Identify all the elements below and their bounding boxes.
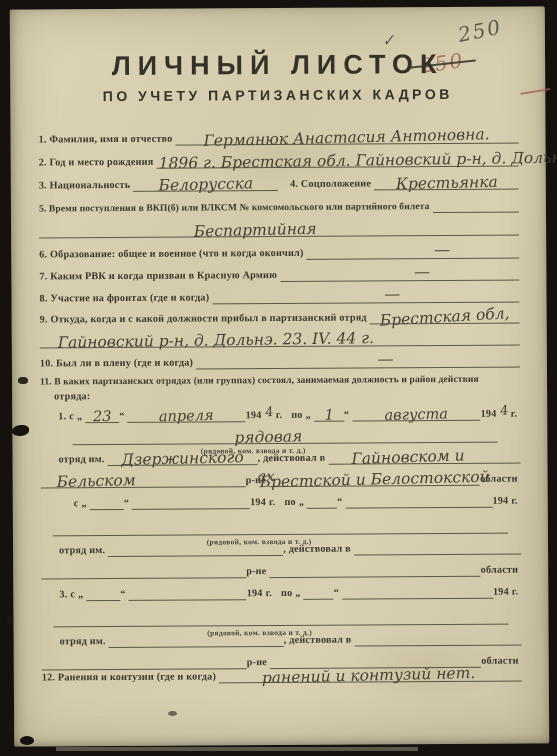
- district-label: р-не: [246, 566, 269, 578]
- block-2-acted-line: [354, 535, 521, 556]
- block-1-unit-line: Дзержинского: [108, 445, 258, 466]
- field-5-continuation-row: Беспартийная: [39, 216, 519, 239]
- close-quote: “: [337, 497, 345, 509]
- field-2-line: 1896 г. Брестская обл. Гайновский р-н, д…: [156, 147, 518, 169]
- block-2-district-line: [41, 558, 246, 579]
- block-2-date-row: с „ “ 194 г. по „ “ 194 г.: [59, 488, 521, 511]
- block-3-acted-line: [354, 626, 521, 647]
- field-9-continuation-row: Гайновский р-н, д. Дольнэ. 23. IV. 44 г.: [40, 326, 520, 349]
- block-1-district-handwritten: Бельском: [57, 471, 136, 491]
- year-suffix: г.: [512, 587, 522, 599]
- ink-blot: [18, 377, 28, 384]
- block-1-from-month: апреля: [159, 408, 214, 425]
- open-quote: „: [295, 588, 303, 600]
- checkmark-annotation: ✓: [381, 31, 396, 51]
- block-1-to-month: августа: [385, 406, 449, 423]
- field-8-line: —: [212, 283, 519, 305]
- year-suffix: г.: [511, 496, 521, 508]
- field-6-row: 6. Образование: общее и военное (что и к…: [39, 239, 519, 262]
- from-label: с: [69, 411, 77, 423]
- field-6-line: —: [306, 239, 519, 260]
- close-quote: “: [344, 410, 352, 422]
- field-2-row: 2. Год и место рождения 1896 г. Брестска…: [39, 147, 519, 170]
- field-5-label: 5. Время поступления в ВКП(б) или ВЛКСМ …: [39, 201, 433, 215]
- form-paper: 250 ✓ 250 ЛИЧНЫЙ ЛИСТОК ПО УЧЕТУ ПАРТИЗА…: [10, 6, 549, 746]
- field-9-label: 9. Откуда, когда и с какой должности при…: [40, 312, 370, 326]
- year-suffix: г.: [269, 497, 279, 509]
- block-1-rank-line: рядовая: [72, 423, 497, 446]
- field-7-label: 7. Каким РВК и когда призван в Красную А…: [39, 270, 280, 283]
- field-4-line: Крестьянка: [374, 170, 519, 191]
- block-1-unit-handwritten: Дзержинского: [121, 448, 244, 469]
- close-quote: “: [119, 411, 127, 423]
- field-4-handwritten-value: Крестьянка: [395, 173, 497, 193]
- block-3-unit-line: [109, 627, 284, 648]
- block-2-to-month-line: [345, 488, 492, 509]
- close-quote: “: [124, 498, 132, 510]
- block-1-number: 1.: [58, 411, 69, 423]
- open-quote: „: [78, 589, 86, 601]
- unit-label: отряд им.: [41, 545, 108, 557]
- field-5-row: 5. Время поступления в ВКП(б) или ВЛКСМ …: [39, 193, 519, 216]
- block-3-rank-row: [53, 605, 508, 628]
- year-suffix: г.: [266, 588, 276, 600]
- block-2-rank-line: [53, 514, 508, 537]
- block-1-to-year-digit: 4: [500, 403, 510, 419]
- ink-blot: [20, 736, 34, 745]
- unit-label: отряд им.: [42, 636, 109, 648]
- field-1-row: 1. Фамилия, имя и отчество Германюк Анас…: [38, 124, 518, 147]
- block-3-from-day-line: [86, 581, 120, 601]
- field-12-handwritten-value: ранений и контузий нет.: [261, 664, 475, 687]
- year-suffix: г.: [276, 410, 286, 422]
- field-7-row: 7. Каким РВК и когда призван в Красную А…: [39, 261, 519, 284]
- block-2-oblast-line: [269, 557, 480, 578]
- block-1-to-month-line: августа: [352, 401, 481, 422]
- from-label: с: [70, 589, 78, 601]
- block-3-unit-row: отряд им. , действовал в: [42, 626, 522, 649]
- scan-edge-strip: [56, 747, 418, 751]
- open-quote: „: [81, 498, 89, 510]
- block-1-rank-row: рядовая: [72, 423, 497, 446]
- field-7-line: —: [280, 261, 519, 282]
- year-prefix: 194: [246, 410, 265, 422]
- acted-in-label: , действовал в: [258, 453, 329, 465]
- year-prefix: 194: [247, 588, 266, 600]
- block-2-unit-line: [108, 536, 283, 557]
- block-1-to-day-line: 1: [314, 402, 344, 422]
- block-3-date-row: 3. с „ “ 194 г. по „ “ 194 г.: [59, 579, 521, 602]
- block-1-acted-handwritten: Гайновском и: [351, 446, 465, 468]
- smudge-speck: [168, 711, 177, 716]
- open-quote: „: [77, 411, 85, 423]
- block-1-date-row: 1. с „ 23 “ апреля 1944 г. по „ 1 “ авгу…: [58, 401, 520, 424]
- block-1-district-row: Бельском р-неах Брестской и Белостокской…: [41, 466, 521, 489]
- block-1-oblast-line: Брестской и Белостокской: [269, 466, 480, 487]
- year-prefix: 194: [493, 587, 512, 599]
- field-5-line: [432, 193, 519, 214]
- field-1-label: 1. Фамилия, имя и отчество: [39, 134, 176, 147]
- acted-in-label: , действовал в: [284, 635, 355, 647]
- block-3-from-month-line: [129, 580, 247, 601]
- close-quote: “: [334, 588, 342, 600]
- block-3-number: 3.: [59, 589, 70, 601]
- block-1-unit-row: отряд им. Дзержинского , действовал в Га…: [40, 444, 520, 467]
- year-prefix: 194: [492, 496, 511, 508]
- close-quote: “: [120, 589, 128, 601]
- block-2-number: [59, 509, 74, 510]
- field-8-label: 8. Участие на фронтах (где и когда): [39, 292, 212, 305]
- field-2-label: 2. Год и место рождения: [39, 157, 157, 170]
- open-quote: „: [306, 410, 314, 422]
- block-2-rank-row: [53, 514, 508, 537]
- block-1-to-day: 1: [324, 408, 334, 424]
- ink-blot: [1, 290, 10, 306]
- scanned-document-page: { "annotations": { "pencil_number": "250…: [0, 0, 557, 756]
- field-3-line: Белорусска: [133, 171, 278, 192]
- block-1-from-month-line: апреля: [128, 402, 246, 423]
- field-9-row: 9. Откуда, когда и с какой должности при…: [40, 304, 520, 327]
- to-label: по: [291, 410, 305, 422]
- block-1-from-day: 23: [93, 409, 112, 425]
- block-1-district-line: Бельском: [41, 467, 246, 488]
- field-9-line: Брестская обл,: [370, 304, 520, 325]
- unit-label: отряд им.: [40, 454, 107, 466]
- field-3-handwritten-value: Белорусска: [158, 174, 253, 194]
- field-3-label: 3. Национальность: [39, 180, 134, 193]
- block-2-district-row: р-не области: [41, 557, 521, 580]
- field-12-label: 12. Ранения и контузии (где и когда): [42, 671, 219, 684]
- block-3-to-month-line: [342, 579, 493, 600]
- field-6-handwritten-dash: —: [434, 240, 450, 259]
- field-4-label: 4. Соцположение: [278, 178, 374, 191]
- field-8-row: 8. Участие на фронтах (где и когда) —: [39, 283, 519, 306]
- block-3-rank-line: [53, 605, 508, 628]
- field-1-line: Германюк Анастасия Антоновна.: [175, 124, 518, 146]
- block-2-to-day-line: [307, 489, 337, 509]
- block-1-from-year-digit: 4: [265, 405, 275, 421]
- to-label: по: [281, 588, 295, 600]
- field-3-4-row: 3. Национальность Белорусска 4. Соцполож…: [39, 170, 519, 193]
- field-7-handwritten-dash: —: [414, 262, 430, 281]
- pencil-number-annotation: 250: [456, 15, 504, 47]
- year-prefix: 194: [250, 497, 269, 509]
- acted-in-label: , действовал в: [283, 544, 354, 556]
- ink-blot: [7, 616, 13, 625]
- oblast-label: области: [481, 565, 522, 577]
- field-12-row: 12. Ранения и контузии (где и когда) ран…: [42, 662, 522, 685]
- field-11-label-line2: отряда:: [40, 391, 93, 403]
- field-6-label: 6. Образование: общее и военное (что и к…: [39, 248, 306, 262]
- block-1-acted-line: Гайновском и: [328, 444, 520, 465]
- field-8-handwritten-dash: —: [384, 284, 400, 303]
- year-prefix: 194: [481, 409, 500, 421]
- year-suffix: г.: [511, 409, 521, 421]
- block-2-from-day-line: [90, 490, 124, 510]
- form-subtitle: ПО УЧЕТУ ПАРТИЗАНСКИХ КАДРОВ: [10, 85, 545, 104]
- field-5-handwritten-value: Беспартийная: [194, 220, 317, 241]
- form-title: ЛИЧНЫЙ ЛИСТОК: [10, 48, 545, 82]
- block-2-unit-row: отряд им. , действовал в: [41, 535, 521, 558]
- open-quote: „: [299, 497, 307, 509]
- field-12-line: ранений и контузий нет.: [219, 662, 522, 684]
- from-label: с: [74, 498, 82, 510]
- block-2-from-month-line: [132, 489, 250, 510]
- field-9-continuation-line: Гайновский р-н, д. Дольнэ. 23. IV. 44 г.: [40, 326, 520, 349]
- block-3-to-day-line: [304, 580, 334, 600]
- to-label: по: [284, 497, 298, 509]
- field-5-continuation-line: Беспартийная: [39, 216, 519, 239]
- block-1-from-day-line: 23: [85, 403, 119, 423]
